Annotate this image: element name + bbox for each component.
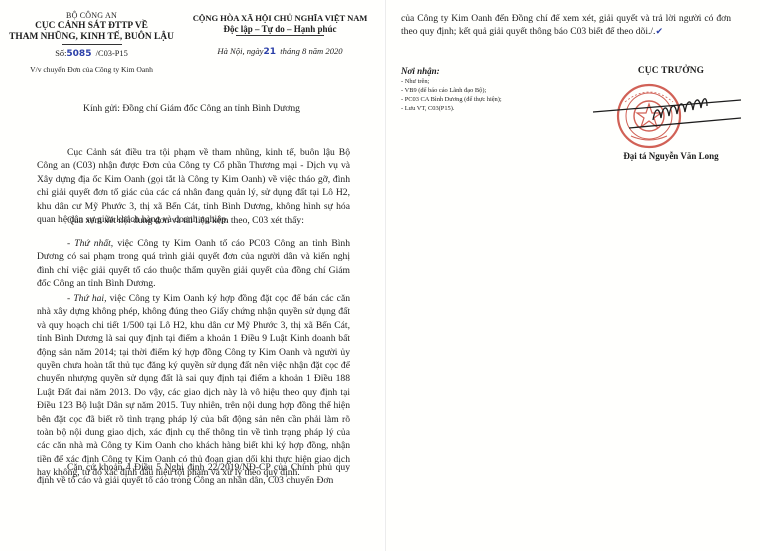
recipient-item: - PC03 CA Bình Dương (để thực hiện);	[401, 95, 611, 104]
recipient-item: - Như trên;	[401, 77, 611, 86]
body-paragraph: Qua xem xét nội dung đơn và tài liệu kèm…	[37, 214, 350, 227]
document-page-2: của Công ty Kim Oanh đến Đồng chí để xem…	[385, 0, 760, 551]
issuing-agency-block: BỘ CÔNG AN CỤC CẢNH SÁT ĐTTP VỀ THAM NHŨ…	[14, 10, 169, 75]
national-title: CỘNG HÒA XÃ HỘI CHỦ NGHĨA VIỆT NAM	[182, 13, 378, 24]
recipients-title: Nơi nhận:	[401, 66, 611, 77]
document-page-1: BỘ CÔNG AN CỤC CẢNH SÁT ĐTTP VỀ THAM NHŨ…	[0, 0, 383, 551]
recipients-block: Nơi nhận: - Như trên; - VB9 (để báo cáo …	[401, 66, 611, 113]
signature-block: CỤC TRƯỞNG Đại tá Nguyễn Văn Long	[591, 66, 751, 161]
seal-and-signature	[591, 78, 751, 150]
body-paragraph-second-point: - Thứ hai, việc Công ty Kim Oanh ký hợp …	[37, 292, 350, 480]
paragraph-text: Căn cứ khoản 4 Điều 5 Nghị định 22/2019/…	[37, 461, 350, 488]
recipients-list: - Như trên; - VB9 (để báo cáo Lãnh đạo B…	[401, 77, 611, 113]
header-underline	[62, 44, 122, 45]
motto-underline	[236, 35, 324, 36]
doc-number-handwritten: 5085	[66, 49, 91, 59]
document-subject: V/v chuyển Đơn của Công ty Kim Oanh	[14, 64, 169, 75]
body-paragraph: Căn cứ khoản 4 Điều 5 Nghị định 22/2019/…	[37, 461, 350, 488]
paragraph-text: của Công ty Kim Oanh đến Đồng chí để xem…	[401, 13, 731, 37]
department-name-line1: CỤC CẢNH SÁT ĐTTP VỀ	[14, 21, 169, 32]
national-motto: Độc lập – Tự do – Hạnh phúc	[182, 24, 378, 35]
official-seal-icon	[591, 78, 751, 150]
department-name-line2: THAM NHŨNG, KINH TẾ, BUÔN LẬU	[2, 32, 181, 43]
recipient-item: - Lưu VT, C03(P15).	[401, 104, 611, 113]
doc-number-suffix: /C03-P15	[96, 49, 128, 58]
point-lead: - Thứ nhất,	[67, 238, 113, 249]
paragraph-text: Qua xem xét nội dung đơn và tài liệu kèm…	[37, 214, 350, 227]
recipient-item: - VB9 (để báo cáo Lãnh đạo Bộ);	[401, 86, 611, 95]
signer-name: Đại tá Nguyễn Văn Long	[591, 151, 751, 161]
paragraph-text: việc Công ty Kim Oanh ký hợp đồng đặt cọ…	[37, 293, 350, 478]
document-date: Hà Nội, ngày21 tháng 8 năm 2020	[182, 46, 378, 58]
document-number: Số:5085 /C03-P15	[14, 48, 169, 60]
point-lead: - Thứ hai,	[67, 293, 107, 304]
salutation: Kính gửi: Đồng chí Giám đốc Công an tỉnh…	[0, 103, 383, 114]
handwritten-checkmark-icon: ✔	[655, 27, 663, 37]
national-title-block: CỘNG HÒA XÃ HỘI CHỦ NGHĨA VIỆT NAM Độc l…	[182, 13, 378, 58]
date-suffix: tháng 8 năm 2020	[280, 46, 342, 56]
doc-number-prefix: Số:	[55, 49, 66, 58]
continuation-paragraph: của Công ty Kim Oanh đến Đồng chí để xem…	[401, 12, 731, 40]
ministry-name: BỘ CÔNG AN	[14, 10, 169, 21]
signer-role: CỤC TRƯỞNG	[591, 66, 751, 76]
body-paragraph-first-point: - Thứ nhất, việc Công ty Kim Oanh tố cáo…	[37, 237, 350, 291]
date-day-handwritten: 21	[263, 47, 276, 57]
date-prefix: Hà Nội, ngày	[217, 46, 263, 56]
